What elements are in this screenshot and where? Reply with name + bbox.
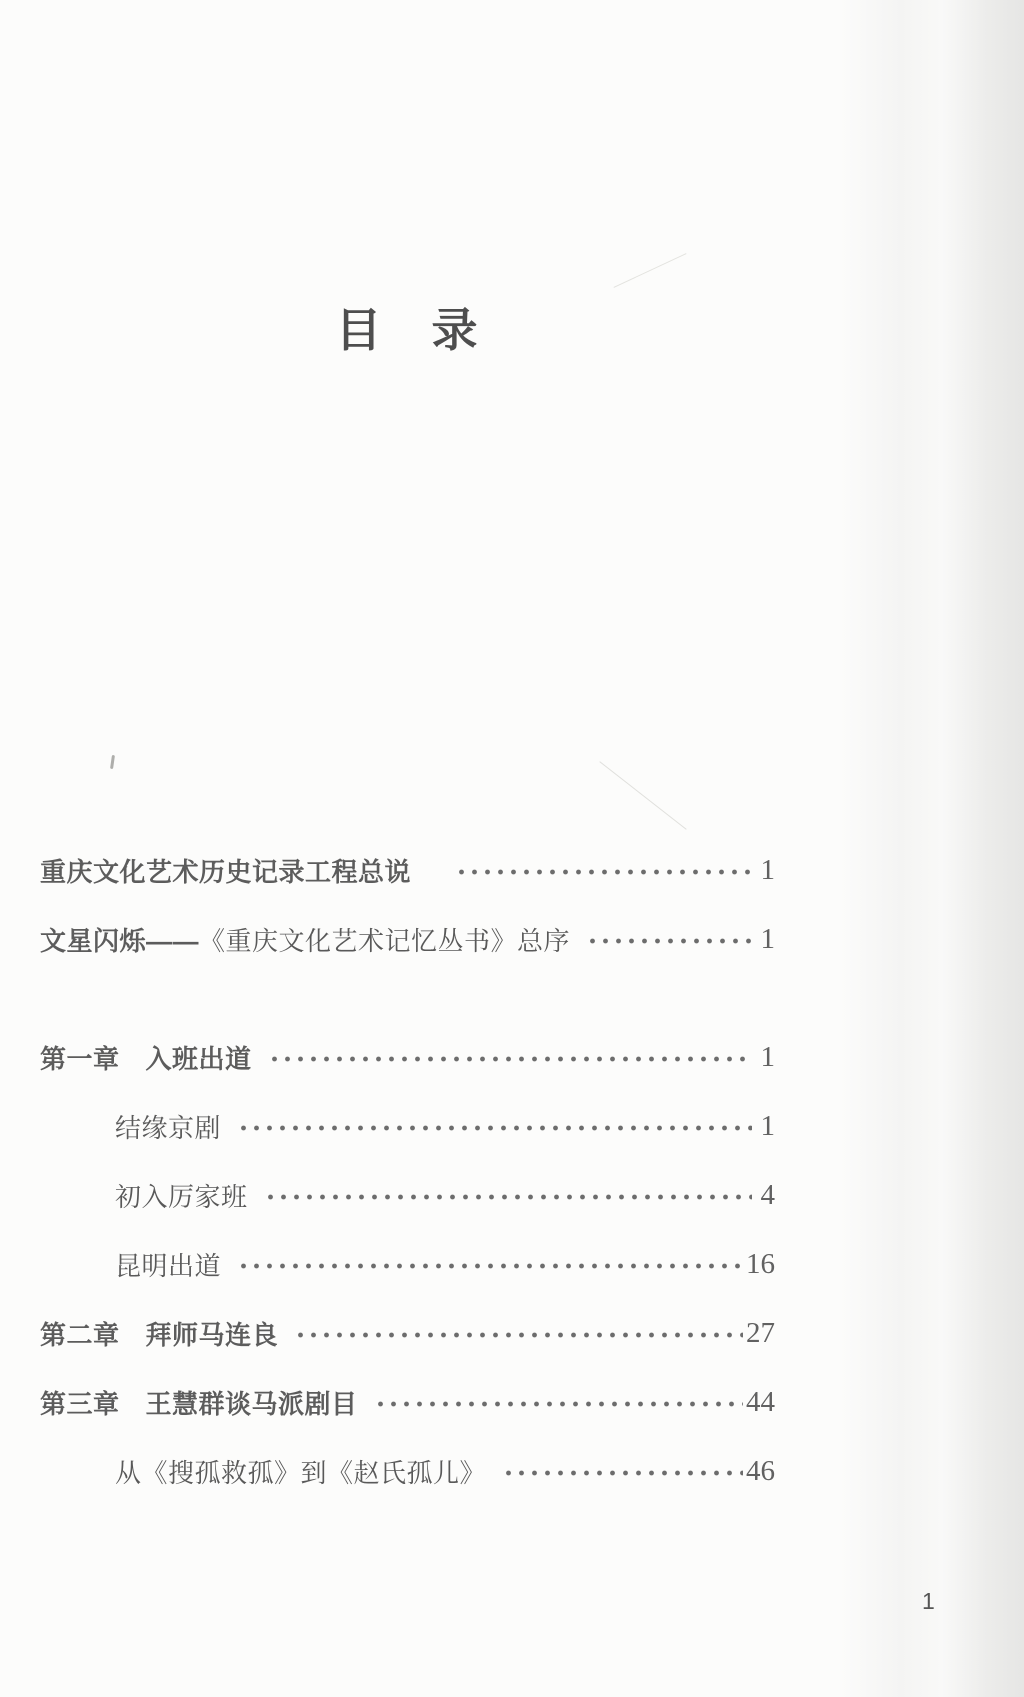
entry-title: 入班出道	[146, 1039, 252, 1076]
scanned-book-page: { "page": { "title": "目 录", "footer_page…	[0, 0, 1024, 1697]
page-title: 目 录	[40, 294, 775, 360]
dot-leader	[294, 1311, 743, 1355]
dot-leader	[268, 1035, 752, 1079]
toc-front-matter-row: 文星闪烁—— 《重庆文化艺术记忆丛书》总序 1	[40, 917, 775, 961]
scan-artifact	[599, 761, 686, 830]
toc-section-row: 从《搜孤救孤》到《赵氏孤儿》 46	[40, 1449, 775, 1493]
entry-page-number: 27	[746, 1317, 775, 1350]
scan-artifact	[110, 755, 115, 769]
entry-page-number: 16	[746, 1248, 775, 1281]
entry-title: 初入厉家班	[115, 1177, 248, 1214]
toc-chapter-row: 第一章 入班出道 1	[40, 1035, 775, 1079]
dot-leader	[586, 917, 752, 961]
entry-page-number: 1	[755, 854, 775, 887]
entry-page-number: 1	[755, 1041, 775, 1074]
entry-page-number: 1	[755, 923, 775, 956]
scan-artifact	[614, 253, 687, 288]
toc-section-row: 初入厉家班 4	[40, 1173, 775, 1217]
dot-leader	[374, 1380, 743, 1424]
toc-front-matter-row: 重庆文化艺术历史记录工程总说 1	[40, 848, 775, 892]
dot-leader	[502, 1449, 743, 1493]
table-of-contents: 重庆文化艺术历史记录工程总说 1 文星闪烁—— 《重庆文化艺术记忆丛书》总序 1…	[40, 848, 775, 1518]
chapter-label: 第一章	[40, 1039, 120, 1076]
entry-title-booktitle: 《重庆文化艺术记忆丛书》总序	[199, 921, 570, 958]
dot-leader	[455, 848, 752, 892]
entry-page-number: 4	[755, 1179, 775, 1212]
chapter-label: 第二章	[40, 1315, 120, 1352]
entry-page-number: 44	[746, 1386, 775, 1419]
toc-chapter-row: 第二章 拜师马连良 27	[40, 1311, 775, 1355]
entry-title: 从《搜孤救孤》到《赵氏孤儿》	[115, 1453, 486, 1490]
entry-title: 重庆文化艺术历史记录工程总说	[40, 852, 411, 889]
chapter-label: 第三章	[40, 1384, 120, 1421]
toc-section-row: 结缘京剧 1	[40, 1104, 775, 1148]
toc-section-row: 昆明出道 16	[40, 1242, 775, 1286]
dot-leader	[237, 1104, 752, 1148]
toc-chapter-row: 第三章 王慧群谈马派剧目 44	[40, 1380, 775, 1424]
entry-title: 王慧群谈马派剧目	[146, 1384, 358, 1421]
folio-page-number: 1	[922, 1588, 935, 1615]
entry-title: 昆明出道	[115, 1246, 221, 1283]
dot-leader	[237, 1242, 743, 1286]
dot-leader	[264, 1173, 752, 1217]
entry-page-number: 46	[746, 1455, 775, 1488]
entry-title-prefix: 文星闪烁——	[40, 921, 199, 958]
entry-title: 拜师马连良	[146, 1315, 279, 1352]
entry-page-number: 1	[755, 1110, 775, 1143]
entry-title: 结缘京剧	[115, 1108, 221, 1145]
